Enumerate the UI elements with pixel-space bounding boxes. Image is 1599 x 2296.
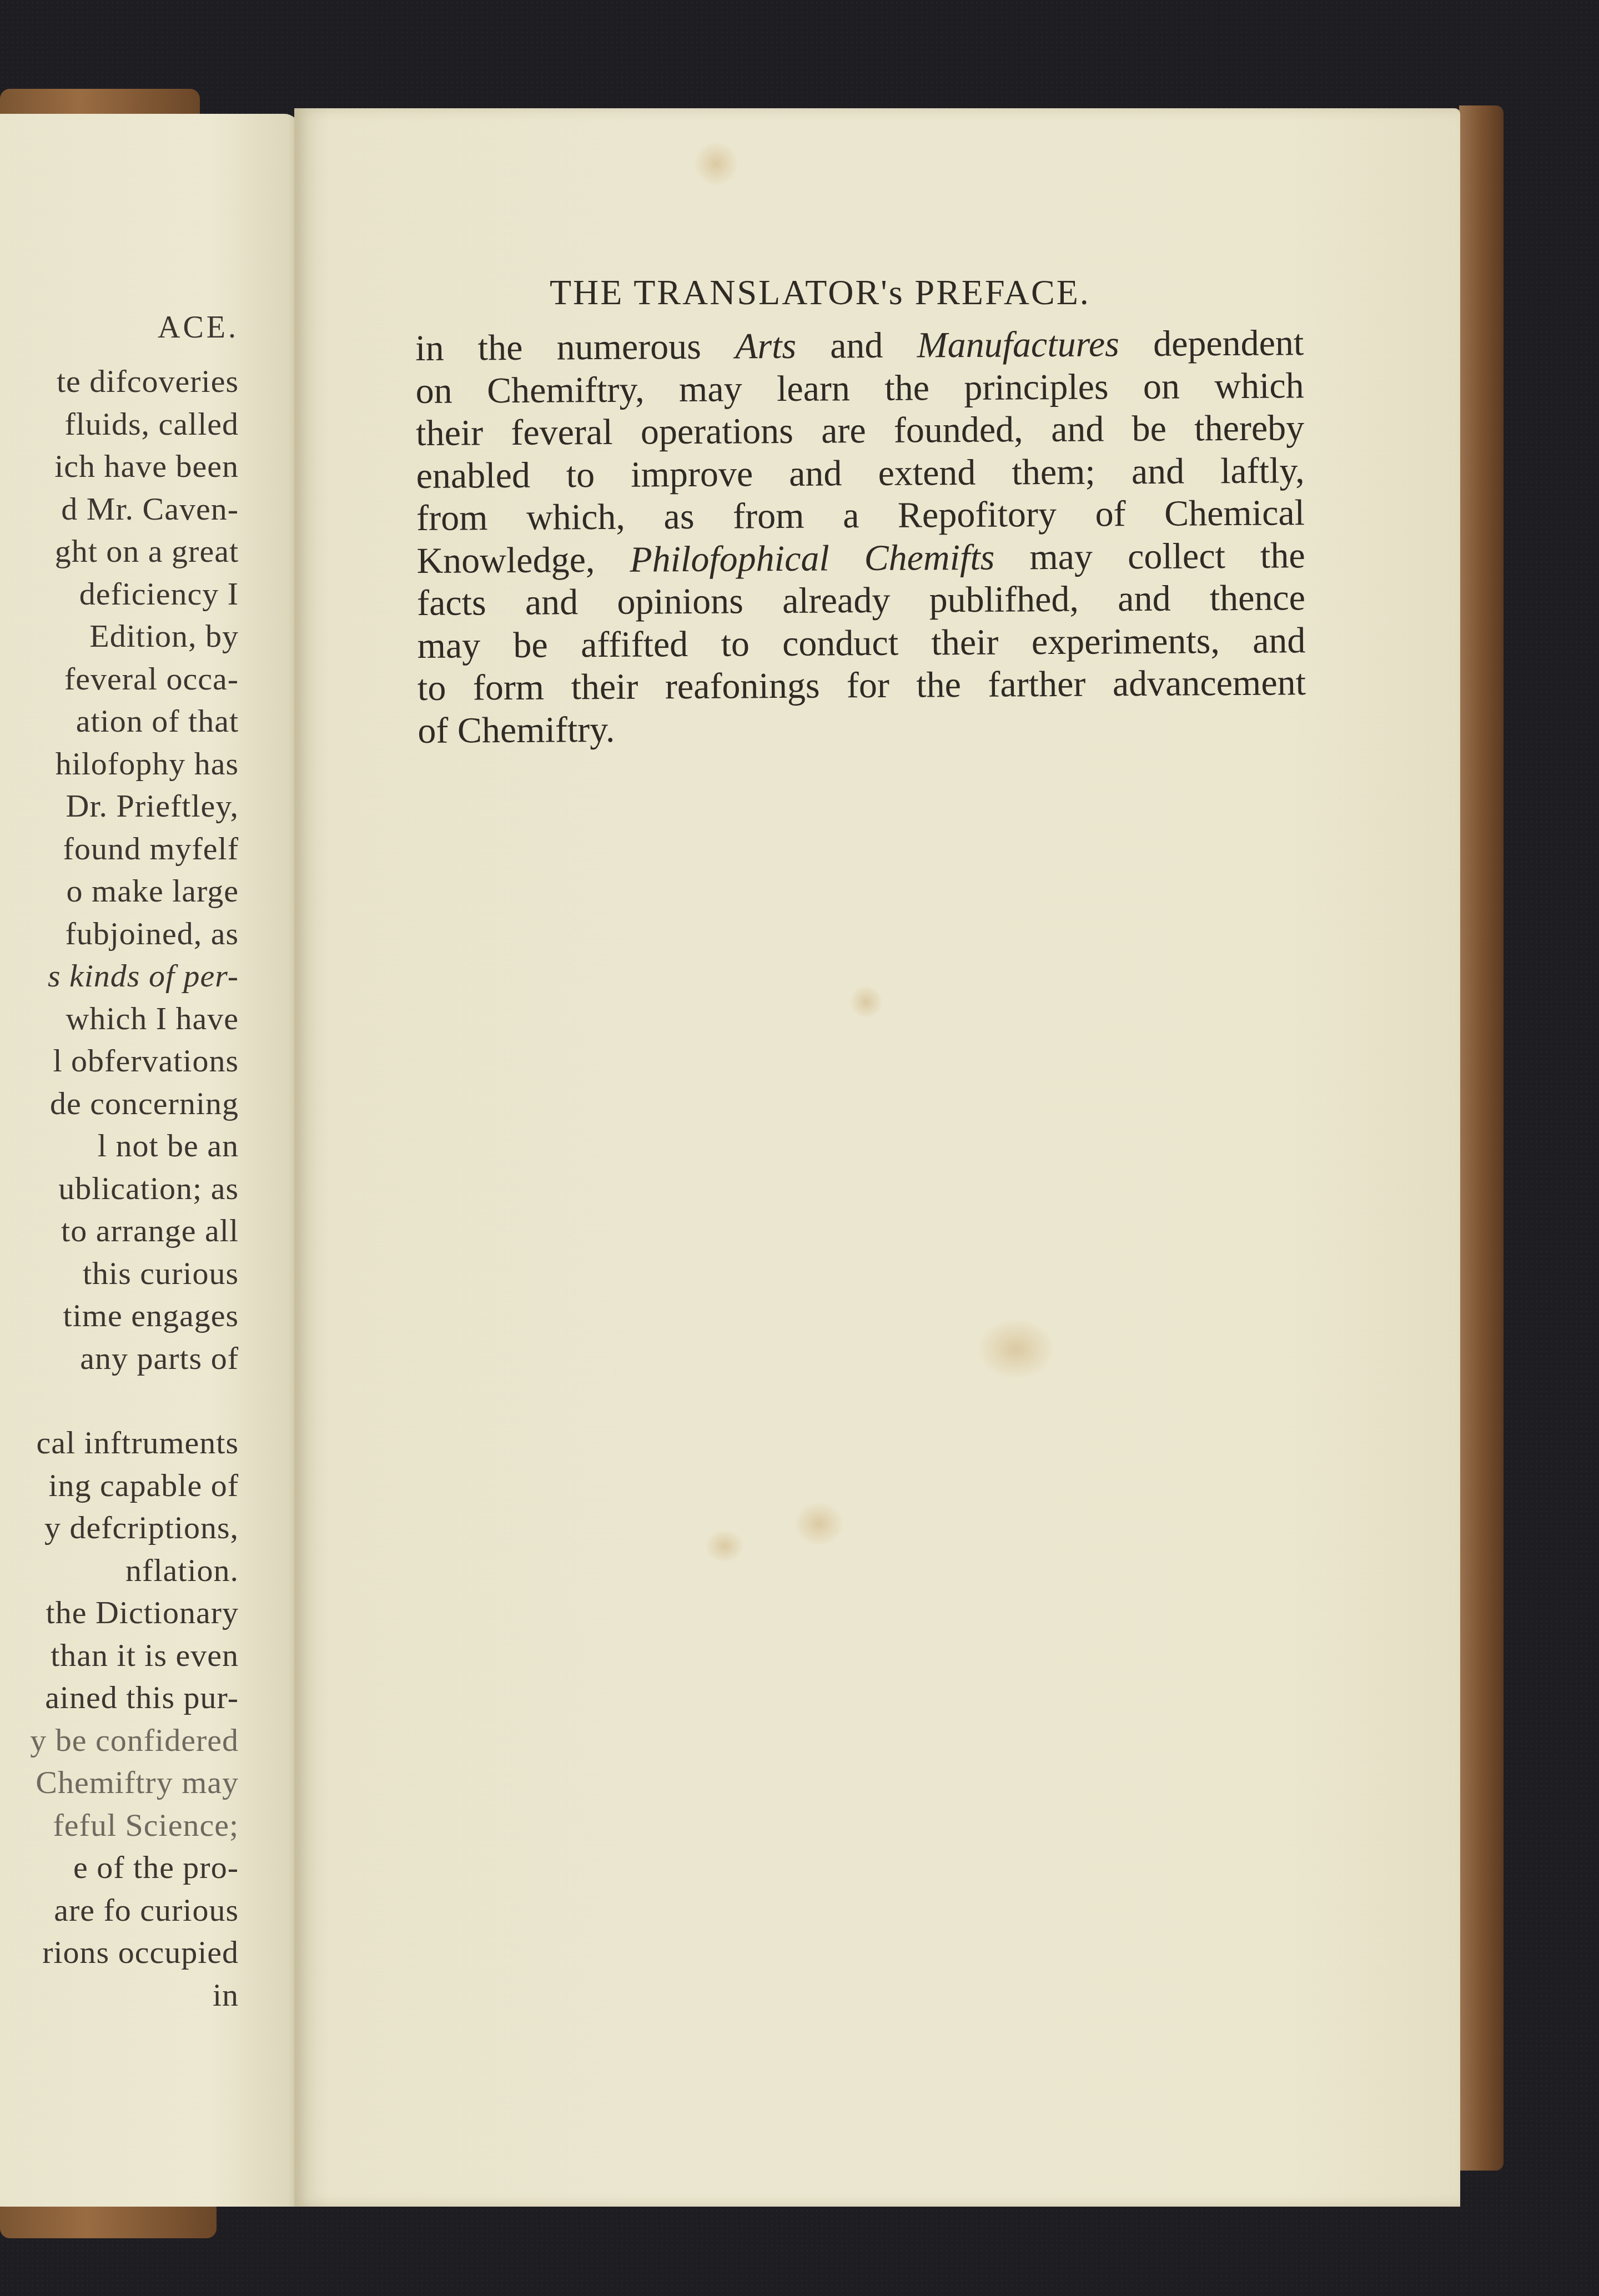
foxing-stain — [977, 1318, 1055, 1379]
foxing-stain — [794, 1502, 844, 1546]
text-line: are fo curious — [0, 1889, 239, 1932]
text-line: time engages — [0, 1295, 239, 1337]
text-line: in — [0, 1974, 239, 2017]
text-line: fubjoined, as — [0, 913, 239, 955]
text-line: nflation. — [0, 1549, 239, 1592]
text-line: any parts of — [0, 1337, 239, 1380]
text-line: de concerning — [0, 1082, 239, 1125]
text-line: from which, as from a Repofitory of Chem… — [416, 492, 1305, 540]
italic-term-philosophical-chemists: Philofophical Chemifts — [630, 537, 994, 580]
text-line: found myfelf — [0, 828, 239, 870]
text-line: te difcoveries — [0, 360, 239, 403]
text-line: s kinds of per- — [0, 955, 239, 998]
text-line: ing capable of — [0, 1464, 239, 1507]
text-line: l not be an — [0, 1125, 239, 1167]
text-line: deficiency I — [0, 573, 239, 616]
text-line: to form their reafonings for the farther… — [418, 662, 1306, 709]
text-line: Edition, by — [0, 615, 239, 658]
text-line: enabled to improve and extend them; and … — [416, 450, 1304, 497]
text-run: Knowledge, — [416, 539, 630, 581]
text-line: feveral occa- — [0, 658, 239, 701]
text-gap — [0, 1379, 239, 1422]
text-run: may collect the — [994, 535, 1305, 577]
text-run: and — [796, 325, 917, 366]
text-line: ation of that — [0, 700, 239, 743]
text-line: y be confidered — [0, 1719, 239, 1762]
text-line: the Dictionary — [0, 1592, 239, 1634]
text-line: ained this pur- — [0, 1676, 239, 1719]
text-line: than it is even — [0, 1634, 239, 1677]
foxing-stain — [705, 1529, 744, 1563]
text-line: this curious — [0, 1252, 239, 1295]
text-line: cal inftruments — [0, 1422, 239, 1464]
italic-term-arts: Arts — [735, 326, 796, 367]
italic-term-manufactures: Manufactures — [917, 324, 1119, 365]
text-line: rions occupied — [0, 1931, 239, 1974]
book-cover-edge — [1459, 105, 1504, 2171]
text-line: ich have been — [0, 445, 239, 488]
text-line: of Chemiftry. — [418, 704, 1306, 752]
text-line: their feveral operations are founded, an… — [416, 407, 1304, 455]
text-line: Dr. Prieftley, — [0, 785, 239, 828]
text-line: may be affifted to conduct their experim… — [417, 620, 1305, 667]
text-line: hilofophy has — [0, 743, 239, 786]
left-page: ACE. te difcoveries fluids, called ich h… — [0, 114, 300, 2207]
text-line: e of the pro- — [0, 1846, 239, 1889]
text-line: l obfervations — [0, 1040, 239, 1082]
left-running-head: ACE. — [0, 303, 239, 353]
running-head: THE TRANSLATOR's PREFACE. — [550, 272, 1090, 313]
foxing-stain — [694, 142, 738, 186]
text-line: d Mr. Caven- — [0, 488, 239, 531]
text-line: fluids, called — [0, 403, 239, 446]
foxing-stain — [849, 985, 883, 1019]
text-line: in the numerous Arts and Manufactures de… — [415, 322, 1304, 370]
text-line: ght on a great — [0, 530, 239, 573]
text-line: Knowledge, Philofophical Chemifts may co… — [416, 535, 1305, 582]
left-page-text: ACE. te difcoveries fluids, called ich h… — [0, 114, 239, 2016]
text-run: dependent — [1119, 323, 1304, 364]
text-line: feful Science; — [0, 1804, 239, 1847]
text-line: on Chemiftry, may learn the principles o… — [415, 365, 1304, 412]
text-line: o make large — [0, 870, 239, 913]
text-line: ublication; as — [0, 1167, 239, 1210]
text-run: in the numerous — [415, 326, 735, 369]
text-line: y defcriptions, — [0, 1507, 239, 1549]
text-line: Chemiftry may — [0, 1761, 239, 1804]
text-line: facts and opinions already publifhed, an… — [417, 577, 1305, 625]
preface-body: in the numerous Arts and Manufactures de… — [415, 322, 1306, 752]
text-line: which I have — [0, 998, 239, 1040]
text-line: to arrange all — [0, 1210, 239, 1252]
